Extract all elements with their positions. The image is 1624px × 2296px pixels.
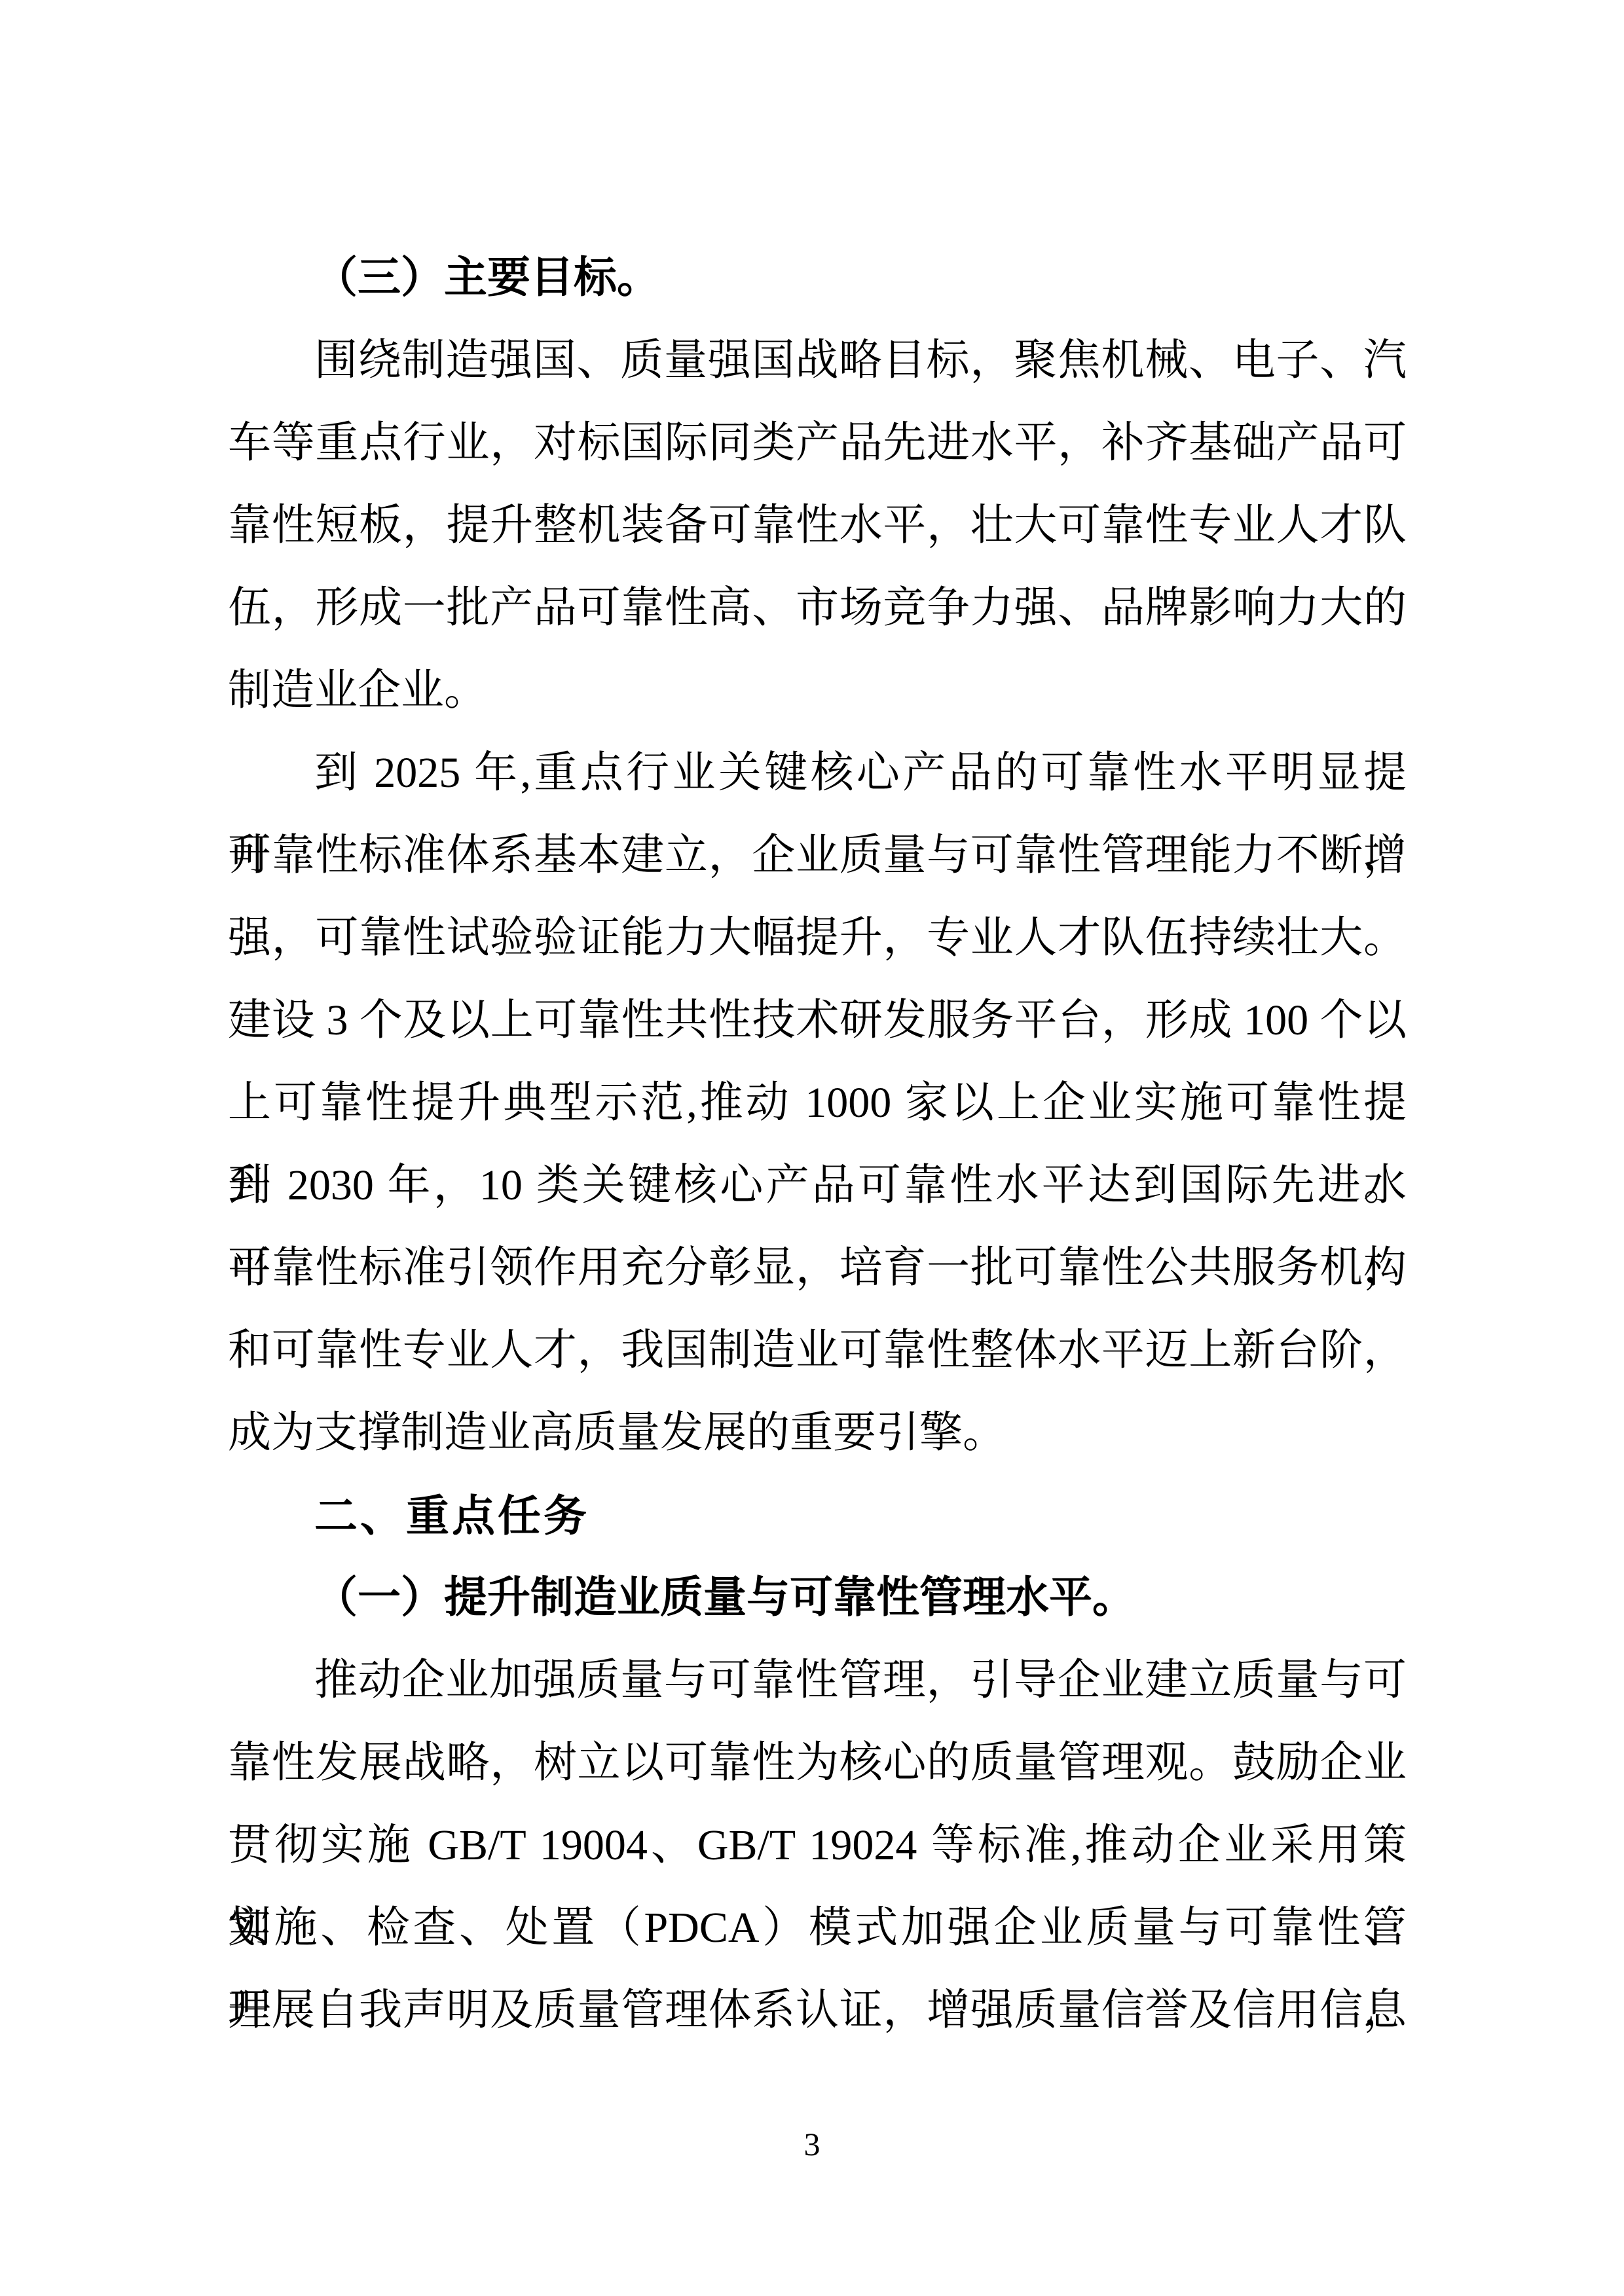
body-line: 制造业企业。 bbox=[228, 649, 1407, 732]
body-line: 靠性发展战略，树立以可靠性为核心的质量管理观。鼓励企业 bbox=[228, 1722, 1407, 1804]
body-line: 伍，形成一批产品可靠性高、市场竞争力强、品牌影响力大的 bbox=[228, 567, 1407, 649]
body-line: 围绕制造强国、质量强国战略目标，聚焦机械、电子、汽 bbox=[228, 319, 1407, 402]
body-line: 实施、检查、处置（PDCA）模式加强企业质量与可靠性管理， bbox=[228, 1887, 1407, 1969]
page-number: 3 bbox=[0, 2124, 1624, 2164]
body-line: 可靠性标准体系基本建立，企业质量与可靠性管理能力不断增 bbox=[228, 814, 1407, 897]
heading-subsection-one: （一）提升制造业质量与可靠性管理水平。 bbox=[228, 1557, 1407, 1639]
body-line: 靠性短板，提升整机装备可靠性水平，壮大可靠性专业人才队 bbox=[228, 484, 1407, 567]
body-line: 车等重点行业，对标国际同类产品先进水平，补齐基础产品可 bbox=[228, 402, 1407, 484]
text-block: （三）主要目标。 围绕制造强国、质量强国战略目标，聚焦机械、电子、汽 车等重点行… bbox=[228, 237, 1407, 2052]
heading-key-tasks: 二、重点任务 bbox=[228, 1474, 1407, 1557]
body-line: 贯彻实施 GB/T 19004、GB/T 19024 等标准,推动企业采用策划、 bbox=[228, 1804, 1407, 1887]
body-line: 建设 3 个及以上可靠性共性技术研发服务平台，形成 100 个以 bbox=[228, 979, 1407, 1062]
body-line: 开展自我声明及质量管理体系认证，增强质量信誉及信用信息 bbox=[228, 1969, 1407, 2052]
body-line: 可靠性标准引领作用充分彰显，培育一批可靠性公共服务机构 bbox=[228, 1227, 1407, 1309]
body-line: 到 2030 年，10 类关键核心产品可靠性水平达到国际先进水平， bbox=[228, 1144, 1407, 1227]
body-line: 和可靠性专业人才，我国制造业可靠性整体水平迈上新台阶， bbox=[228, 1309, 1407, 1392]
heading-section-three: （三）主要目标。 bbox=[228, 237, 1407, 319]
document-page: （三）主要目标。 围绕制造强国、质量强国战略目标，聚焦机械、电子、汽 车等重点行… bbox=[0, 0, 1624, 2296]
body-line: 推动企业加强质量与可靠性管理，引导企业建立质量与可 bbox=[228, 1639, 1407, 1722]
body-line: 到 2025 年,重点行业关键核心产品的可靠性水平明显提升， bbox=[228, 732, 1407, 814]
body-line: 强，可靠性试验验证能力大幅提升，专业人才队伍持续壮大。 bbox=[228, 897, 1407, 979]
body-line: 成为支撑制造业高质量发展的重要引擎。 bbox=[228, 1392, 1407, 1474]
body-line: 上可靠性提升典型示范,推动 1000 家以上企业实施可靠性提升。 bbox=[228, 1062, 1407, 1144]
